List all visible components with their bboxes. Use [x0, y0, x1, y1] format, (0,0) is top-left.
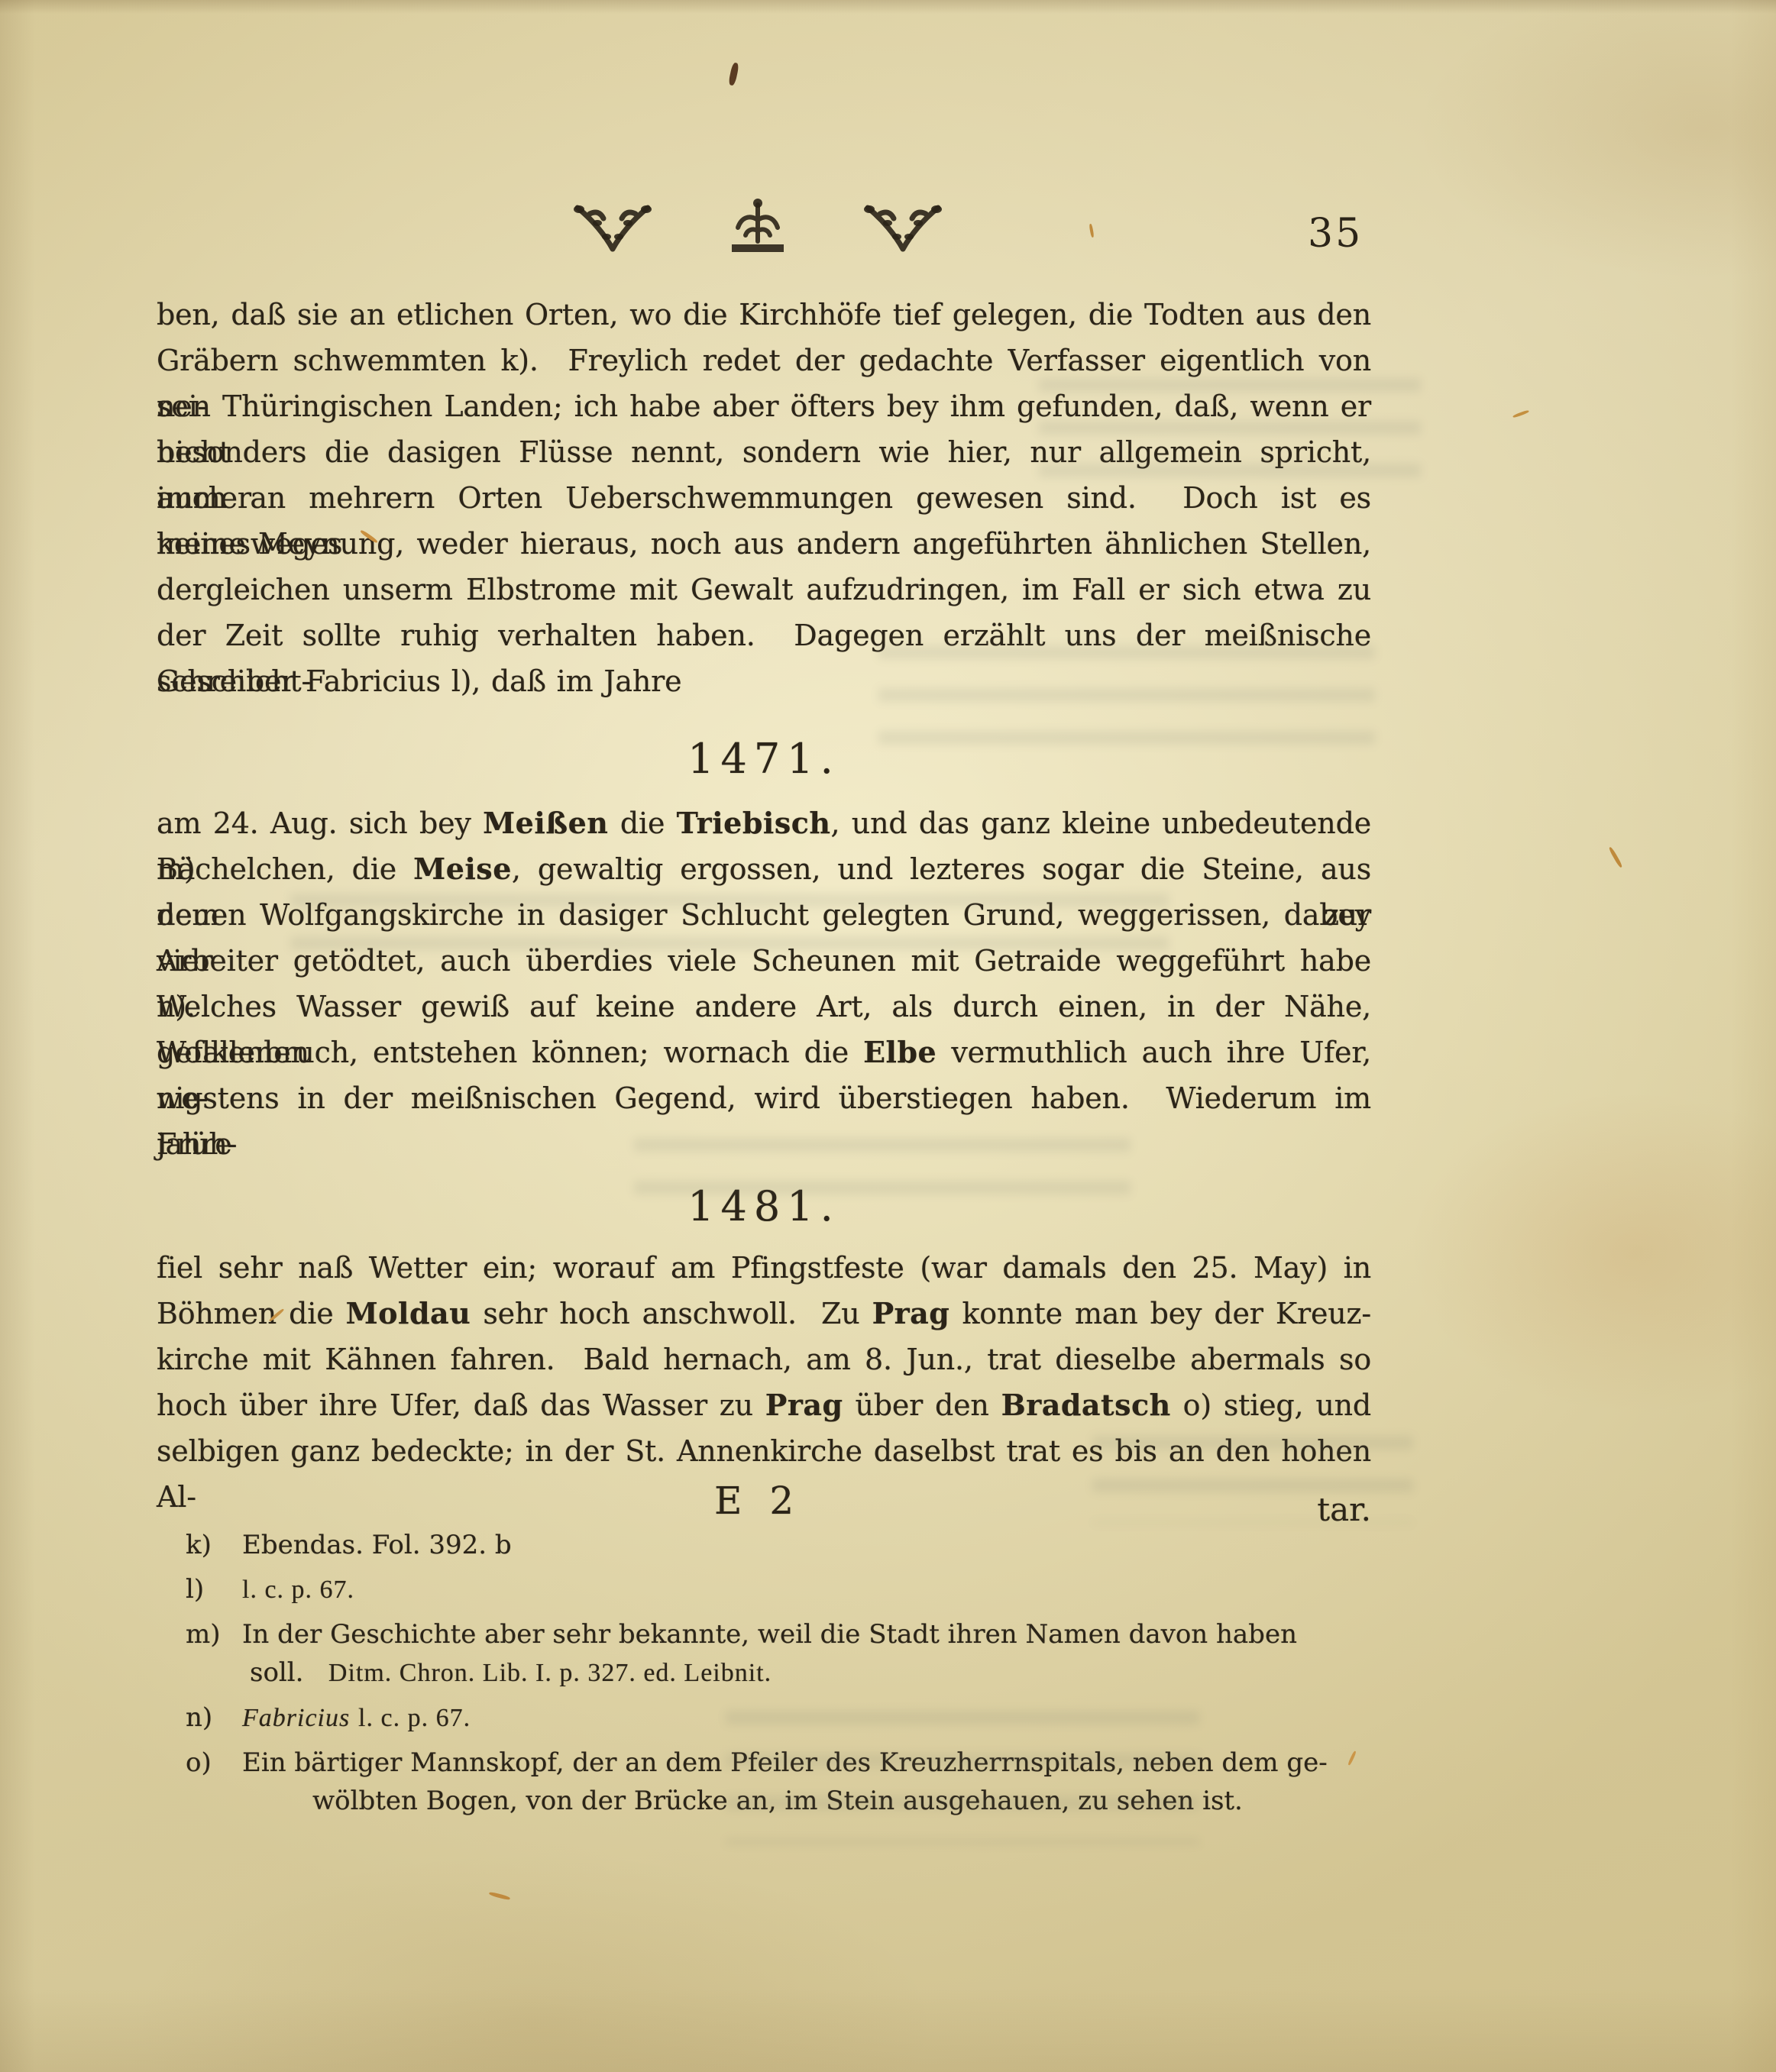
fleuron-plume-center-icon	[720, 197, 796, 258]
text-line: Gräbern schwemmten k). Freylich redet de…	[157, 338, 1371, 383]
footnote-label: n)	[186, 1699, 212, 1737]
year-heading-1481: 1481.	[157, 1182, 1371, 1230]
fleuron-right-icon	[857, 203, 949, 252]
paper-fiber	[489, 1891, 510, 1900]
paragraph-flood-1481: fiel sehr naß Wetter ein; worauf am Pfin…	[157, 1245, 1371, 1474]
footnote-line: l)l. c. p. 67.	[242, 1570, 1379, 1609]
paragraph-intro: ben, daß sie an etlichen Orten, wo die K…	[157, 292, 1371, 704]
text-line: selbigen ganz bedeckte; in der St. Annen…	[157, 1428, 1371, 1474]
footnotes-block: k)Ebendas. Fol. 392. bl)l. c. p. 67.m)In…	[157, 1526, 1379, 1826]
page-number: 35	[1308, 211, 1399, 257]
footnote-n: n)Fabricius l. c. p. 67.	[157, 1699, 1379, 1737]
text-line: hoch über ihre Ufer, daß das Wasser zu P…	[157, 1382, 1371, 1428]
text-line: ben, daß sie an etlichen Orten, wo die K…	[157, 292, 1371, 338]
text-line: Bächelchen, die Meise, gewaltig ergossen…	[157, 846, 1371, 892]
catchword: tar.	[157, 1491, 1371, 1528]
footnote-label: l)	[186, 1570, 204, 1608]
year-heading-1471: 1471.	[157, 735, 1371, 783]
text-line: Arbeiter getödtet, auch überdies viele S…	[157, 938, 1371, 984]
text-line: Böhmen die Moldau sehr hoch anschwoll. Z…	[157, 1291, 1371, 1337]
text-line: fiel sehr naß Wetter ein; worauf am Pfin…	[157, 1245, 1371, 1291]
footnote-line: m)In der Geschichte aber sehr bekannte, …	[242, 1615, 1379, 1653]
text-line: schreiber Fabricius l), daß im Jahre	[157, 658, 1371, 704]
footnote-m: m)In der Geschichte aber sehr bekannte, …	[157, 1615, 1379, 1692]
text-line: besonders die dasigen Flüsse nennt, sond…	[157, 429, 1371, 475]
fleuron-left-icon	[567, 203, 658, 252]
text-line: nen Thüringischen Landen; ich habe aber …	[157, 383, 1371, 429]
footnote-line: wölbten Bogen, von der Brücke an, im Ste…	[312, 1782, 1379, 1820]
text-line: Wolkenbruch, entstehen können; wornach d…	[157, 1030, 1371, 1075]
footnote-l: l)l. c. p. 67.	[157, 1570, 1379, 1609]
text-line: der Zeit sollte ruhig verhalten haben. D…	[157, 613, 1371, 658]
paragraph-flood-1471: am 24. Aug. sich bey Meißen die Triebisc…	[157, 800, 1371, 1167]
text-line: am 24. Aug. sich bey Meißen die Triebisc…	[157, 800, 1371, 846]
footnote-o: o)Ein bärtiger Mannskopf, der an dem Pfe…	[157, 1744, 1379, 1820]
text-line: auch an mehrern Orten Ueberschwemmungen …	[157, 475, 1371, 521]
footnote-line: n)Fabricius l. c. p. 67.	[242, 1699, 1379, 1737]
footnote-label: k)	[186, 1526, 212, 1564]
paper-fiber	[1089, 224, 1094, 238]
book-page: 35 ben, daß sie an etlichen Orten, wo di…	[0, 0, 1776, 2072]
paper-fiber	[1608, 846, 1622, 868]
text-line: nigstens in der meißnischen Gegend, wird…	[157, 1075, 1371, 1121]
paper-fiber	[1512, 409, 1529, 418]
text-line: dergleichen unserm Elbstrome mit Gewalt …	[157, 567, 1371, 613]
header-ornament-row	[558, 197, 974, 261]
text-line: kirche mit Kähnen fahren. Bald hernach, …	[157, 1337, 1371, 1382]
paper-fiber	[728, 62, 739, 86]
footnote-label: o)	[186, 1744, 212, 1782]
text-line: Welches Wasser gewiß auf keine andere Ar…	[157, 984, 1371, 1030]
footnote-label: m)	[186, 1615, 221, 1653]
text-line: neuen Wolfgangskirche in dasiger Schluch…	[157, 892, 1371, 938]
footnote-line: k)Ebendas. Fol. 392. b	[242, 1526, 1379, 1564]
footnote-k: k)Ebendas. Fol. 392. b	[157, 1526, 1379, 1564]
footnote-line: soll. Ditm. Chron. Lib. I. p. 327. ed. L…	[250, 1653, 1379, 1692]
footnote-line: o)Ein bärtiger Mannskopf, der an dem Pfe…	[242, 1744, 1379, 1782]
text-line: jahre	[157, 1121, 1371, 1167]
text-line: meine Meynung, weder hieraus, noch aus a…	[157, 521, 1371, 567]
